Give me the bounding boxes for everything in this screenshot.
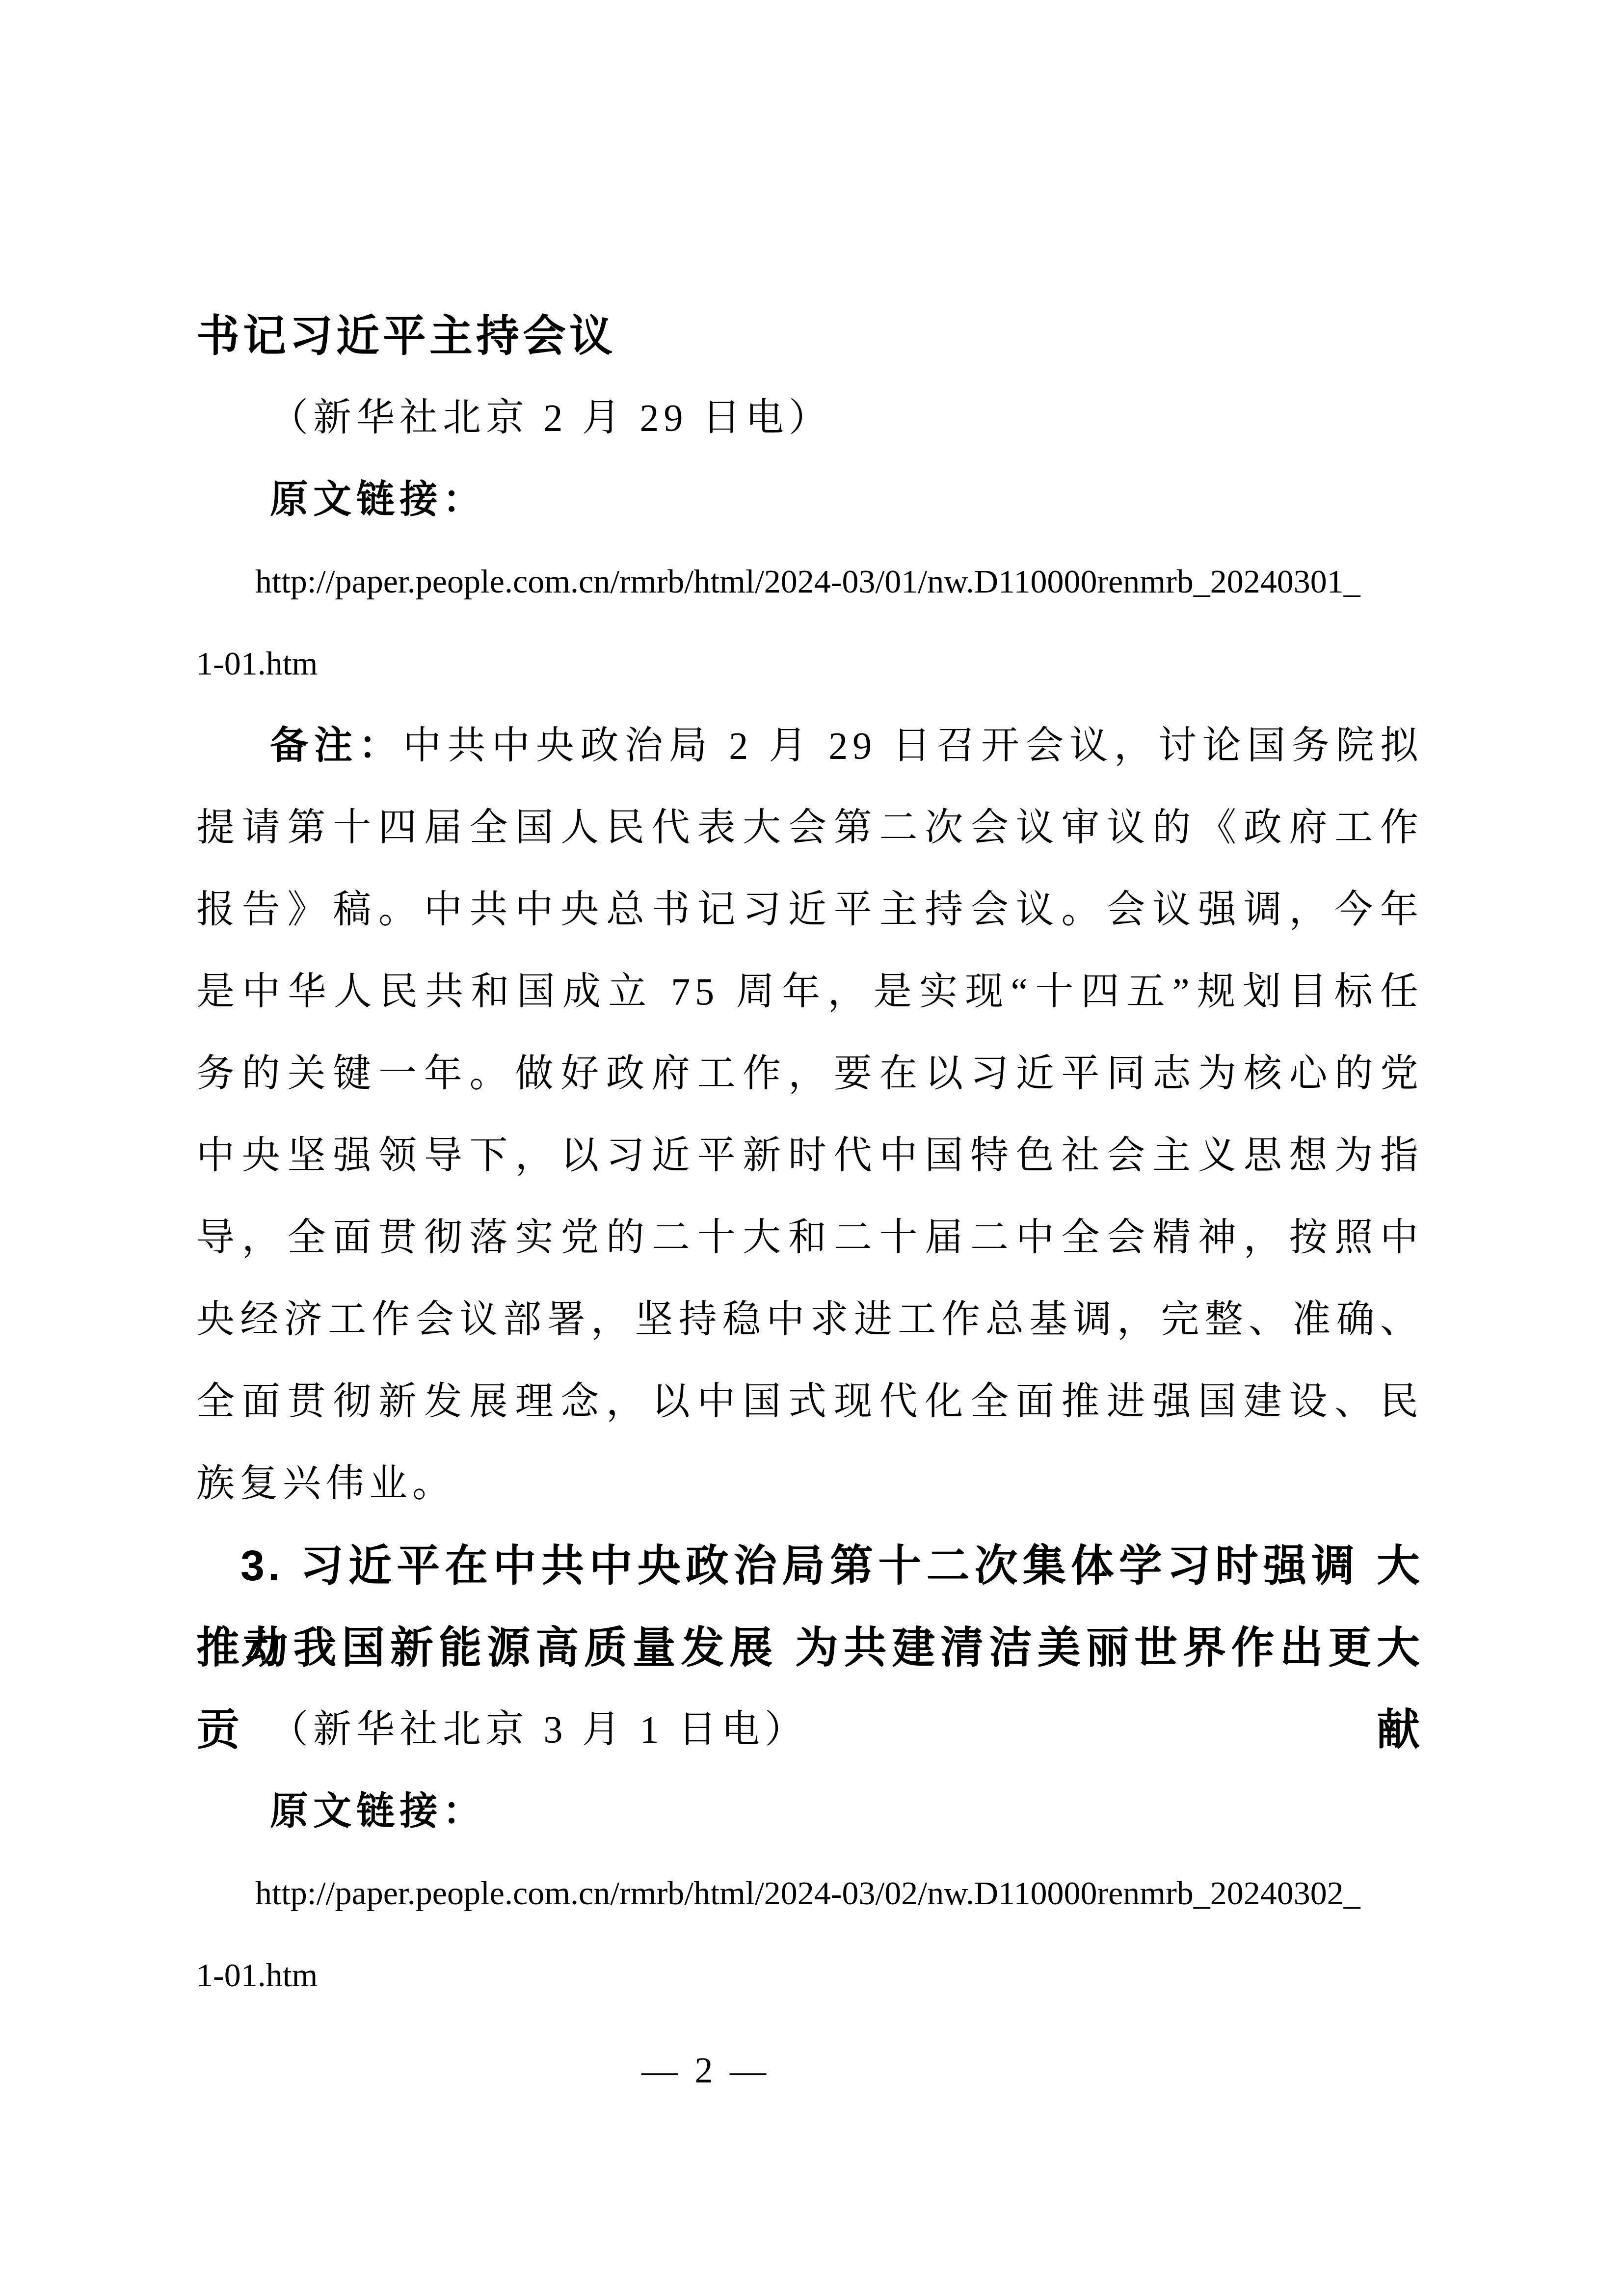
- note-paragraph-line: 提请第十四届全国人民代表大会第二次会议审议的《政府工作: [196, 786, 1423, 868]
- note-paragraph-line: 央经济工作会议部署，坚持稳中求进工作总基调，完整、准确、: [196, 1278, 1423, 1360]
- note-paragraph-line: 备注：中共中央政治局 2 月 29 日召开会议，讨论国务院拟: [196, 704, 1423, 786]
- note-paragraph-line: 中央坚强领导下，以习近平新时代中国特色社会主义思想为指: [196, 1114, 1423, 1196]
- source-link-label: 原文链接：: [196, 459, 1423, 540]
- note-paragraph-line-last: 族复兴伟业。: [196, 1442, 1423, 1524]
- source-url-line-1: http://paper.people.com.cn/rmrb/html/202…: [196, 1852, 1423, 1934]
- dateline-xinhua-feb29: （新华社北京 2 月 29 日电）: [196, 377, 1423, 459]
- note-label: 备注：: [270, 724, 403, 767]
- note-paragraph-line: 导，全面贯彻落实党的二十大和二十届二中全会精神，按照中: [196, 1196, 1423, 1278]
- note-paragraph-line: 务的关键一年。做好政府工作，要在以习近平同志为核心的党: [196, 1032, 1423, 1114]
- note-text: 中共中央政治局 2 月 29 日召开会议，讨论国务院拟: [403, 724, 1423, 767]
- source-link-label: 原文链接：: [196, 1770, 1423, 1852]
- source-url-line-1: http://paper.people.com.cn/rmrb/html/202…: [196, 540, 1423, 622]
- item3-heading-line-1: 3. 习近平在中共中央政治局第十二次集体学习时强调 大力: [196, 1524, 1423, 1606]
- note-paragraph-line: 是中华人民共和国成立 75 周年，是实现“十四五”规划目标任: [196, 950, 1423, 1032]
- note-paragraph-line: 报告》稿。中共中央总书记习近平主持会议。会议强调，今年: [196, 868, 1423, 950]
- document-page: 书记习近平主持会议 （新华社北京 2 月 29 日电） 原文链接： http:/…: [0, 0, 1623, 2296]
- heading-continuation: 书记习近平主持会议: [196, 295, 1423, 377]
- page-number: — 2 —: [641, 2050, 770, 2092]
- item3-heading-line-2: 推动我国新能源高质量发展 为共建清洁美丽世界作出更大贡献: [196, 1606, 1423, 1688]
- note-paragraph-line: 全面贯彻新发展理念，以中国式现代化全面推进强国建设、民: [196, 1360, 1423, 1442]
- source-url-line-2: 1-01.htm: [196, 1934, 1423, 2016]
- source-url-line-2: 1-01.htm: [196, 622, 1423, 704]
- document-body: 书记习近平主持会议 （新华社北京 2 月 29 日电） 原文链接： http:/…: [196, 295, 1423, 2016]
